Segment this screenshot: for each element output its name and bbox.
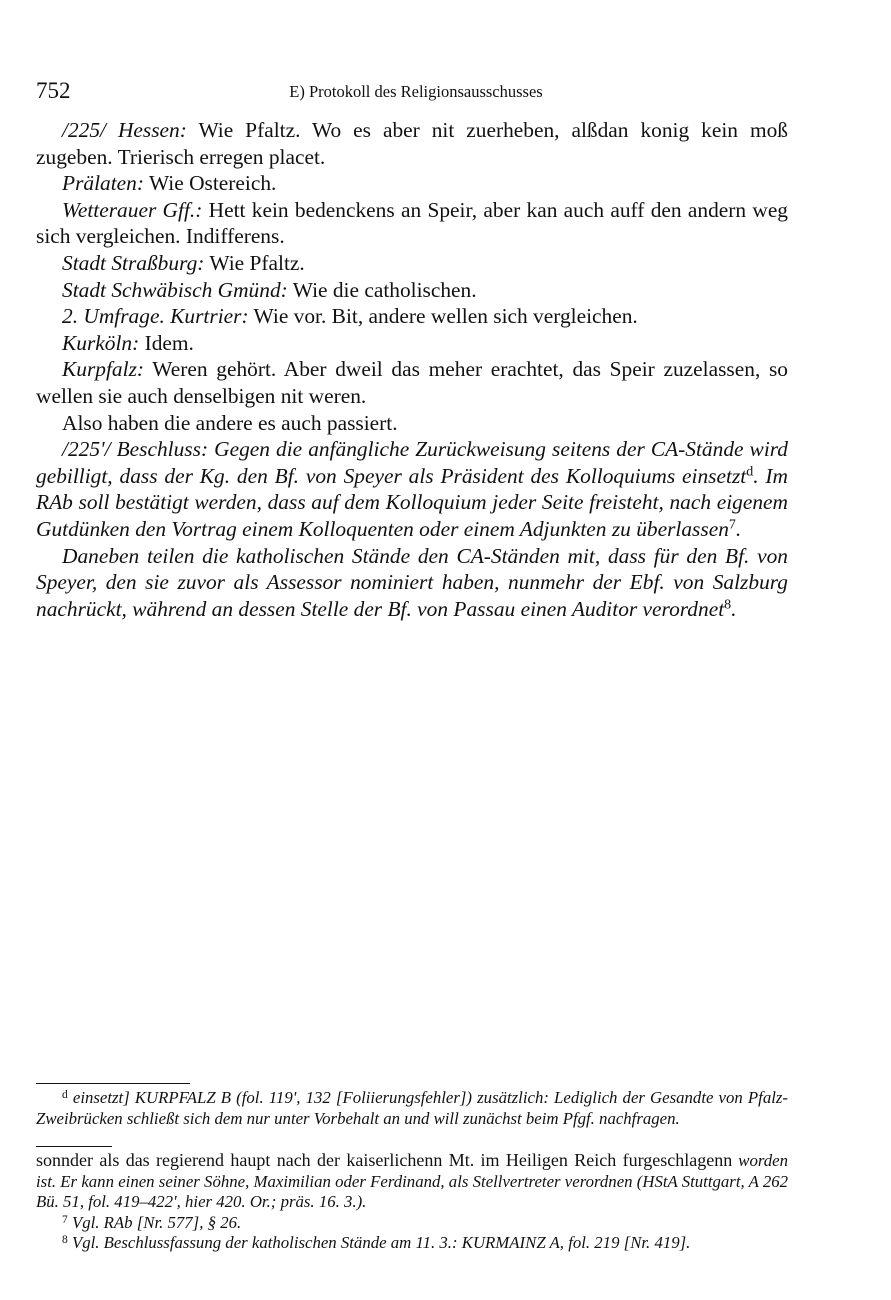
speaker-label: Stadt Straßburg: [62,251,204,275]
speaker-label: Prälaten: [62,171,144,195]
speaker-label: Kurpfalz: [62,357,144,381]
speech-text: Also haben die andere es auch passiert. [62,411,398,435]
speaker-label: Kurköln: [62,331,139,355]
critical-apparatus: d einsetzt] KURPFALZ B (fol. 119', 132 [… [36,1088,788,1129]
paragraph-kurkoeln: Kurköln: Idem. [36,330,788,357]
speech-text: Wie die catholischen. [288,278,477,302]
paragraph-strassburg: Stadt Straßburg: Wie Pfaltz. [36,250,788,277]
footnote-text: einsetzt] KURPFALZ B (fol. 119', 132 [Fo… [36,1088,788,1128]
paragraph-kurpfalz: Kurpfalz: Weren gehört. Aber dweil das m… [36,356,788,409]
punctuation: . [731,597,736,621]
paragraph-wetterauer: Wetterauer Gff.: Hett kein bedenckens an… [36,197,788,250]
speech-text: Idem. [139,331,194,355]
speaker-label: Wetterauer Gff.: [62,198,202,222]
paragraph-praelaten: Prälaten: Wie Ostereich. [36,170,788,197]
footnote-continuation: sonnder als das regierend haupt nach der… [36,1150,788,1213]
speaker-label: Hessen: [118,118,187,142]
folio-marker: /225/ [62,118,118,142]
quoted-source-text: sonnder als das regierend haupt nach der… [36,1150,732,1170]
paragraph-hessen: /225/ Hessen: Wie Pfaltz. Wo es aber nit… [36,117,788,170]
commentary-notes: sonnder als das regierend haupt nach der… [36,1150,788,1254]
footnote-8: 8 Vgl. Beschlussfassung der katholischen… [36,1233,788,1254]
paragraph-kurtrier: 2. Umfrage. Kurtrier: Wie vor. Bit, ande… [36,303,788,330]
footnote-d: d einsetzt] KURPFALZ B (fol. 119', 132 [… [36,1088,788,1129]
speech-text: Wie vor. Bit, andere wellen sich verglei… [249,304,638,328]
punctuation: . [736,517,741,541]
running-title: E) Protokoll des Religionsausschusses [36,79,786,105]
footnote-rule-commentary [36,1146,112,1147]
main-text: /225/ Hessen: Wie Pfaltz. Wo es aber nit… [36,117,788,622]
speaker-label: Stadt Schwäbisch Gmünd: [62,278,288,302]
footnote-text: Vgl. RAb [Nr. 577], § 26. [68,1213,241,1232]
footnote-text: Vgl. Beschlussfassung der katholischen S… [68,1233,691,1252]
summary-text: /225'/ Beschluss: Gegen die anfängliche … [36,437,788,488]
speech-text: Weren gehört. Aber dweil das meher erach… [36,357,788,408]
paragraph-gmuend: Stadt Schwäbisch Gmünd: Wie die catholis… [36,277,788,304]
paragraph-beschluss: /225'/ Beschluss: Gegen die anfängliche … [36,436,788,542]
paragraph-daneben: Daneben teilen die katholischen Stände d… [36,543,788,623]
paragraph-passiert: Also haben die andere es auch passiert. [36,410,788,437]
book-page: 752 E) Protokoll des Religionsausschusse… [0,0,891,1300]
running-head: 752 E) Protokoll des Religionsausschusse… [36,76,786,106]
footnote-rule-critical [36,1083,190,1084]
speech-text: Wie Pfaltz. [204,251,304,275]
footnote-ref-7[interactable]: 7 [729,517,736,532]
speaker-label: 2. Umfrage. Kurtrier: [62,304,249,328]
footnote-7: 7 Vgl. RAb [Nr. 577], § 26. [36,1213,788,1234]
summary-text: Daneben teilen die katholischen Stände d… [36,544,788,621]
speech-text: Wie Ostereich. [144,171,276,195]
